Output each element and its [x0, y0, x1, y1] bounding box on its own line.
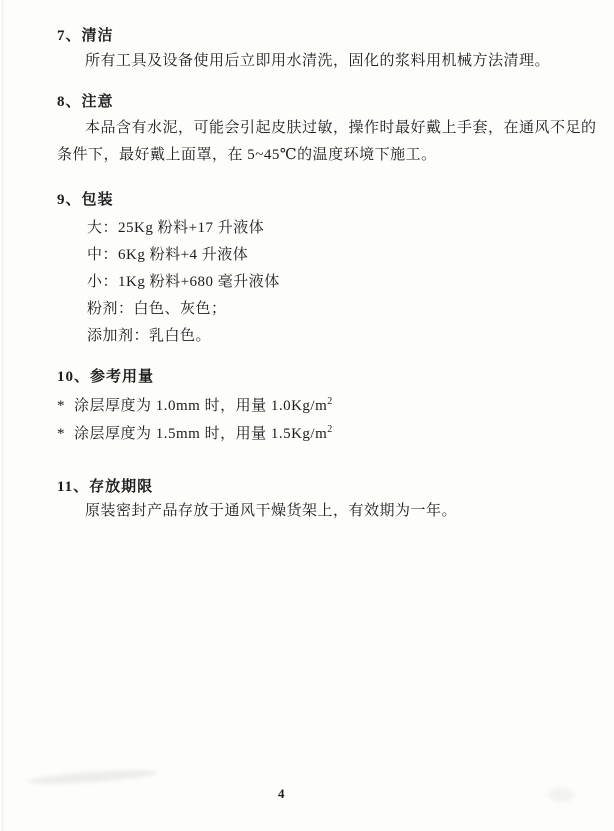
section-caution: 8、注意 本品含有水泥，可能会引起皮肤过敏，操作时最好戴上手套，在通风不足的 条… — [57, 91, 582, 169]
asterisk-marker: * — [57, 392, 74, 420]
dosage-text: 涂层厚度为 1.0mm 时，用量 1.0Kg/m2 — [74, 392, 333, 420]
packaging-list: 大：25Kg 粉料+17 升液体 中：6Kg 粉料+4 升液体 小：1Kg 粉料… — [87, 215, 582, 350]
paragraph-line: 原装密封产品存放于通风干燥货架上，有效期为一年。 — [57, 500, 582, 522]
page-content: 7、清洁 所有工具及设备使用后立即用水清洗，固化的浆料用机械方法清理。 8、注意… — [57, 0, 582, 522]
dosage-bullet: * 涂层厚度为 1.0mm 时，用量 1.0Kg/m2 — [57, 392, 582, 420]
packaging-item-powder-color: 粉剂：白色、灰色； — [87, 296, 582, 323]
section-heading: 10、参考用量 — [57, 366, 582, 388]
dosage-list: * 涂层厚度为 1.0mm 时，用量 1.0Kg/m2 * 涂层厚度为 1.5m… — [57, 392, 582, 448]
dosage-bullet: * 涂层厚度为 1.5mm 时，用量 1.5Kg/m2 — [57, 420, 582, 448]
paragraph-line: 所有工具及设备使用后立即用水清洗，固化的浆料用机械方法清理。 — [57, 50, 582, 72]
packaging-item-large: 大：25Kg 粉料+17 升液体 — [87, 215, 582, 242]
packaging-item-small: 小：1Kg 粉料+680 毫升液体 — [87, 269, 582, 296]
section-storage-period: 11、存放期限 原装密封产品存放于通风干燥货架上，有效期为一年。 — [57, 476, 582, 522]
scan-noise-smudge — [28, 767, 158, 786]
superscript: 2 — [327, 396, 333, 407]
section-heading: 9、包装 — [57, 189, 582, 211]
section-paragraph: 本品含有水泥，可能会引起皮肤过敏，操作时最好戴上手套，在通风不足的 条件下，最好… — [57, 115, 582, 169]
page-number: 4 — [278, 786, 285, 802]
paragraph-line: 条件下，最好戴上面罩，在 5~45℃的温度环境下施工。 — [57, 142, 582, 169]
section-heading: 7、清洁 — [57, 25, 582, 47]
dosage-text: 涂层厚度为 1.5mm 时，用量 1.5Kg/m2 — [74, 420, 333, 448]
section-cleaning: 7、清洁 所有工具及设备使用后立即用水清洗，固化的浆料用机械方法清理。 — [57, 25, 582, 72]
section-heading: 8、注意 — [57, 91, 582, 113]
paragraph-line: 本品含有水泥，可能会引起皮肤过敏，操作时最好戴上手套，在通风不足的 — [57, 115, 582, 142]
superscript: 2 — [327, 424, 333, 435]
scan-edge-shadow — [2, 0, 4, 831]
scan-noise-speck — [548, 788, 574, 802]
packaging-item-additive-color: 添加剂：乳白色。 — [87, 323, 582, 350]
asterisk-marker: * — [57, 420, 74, 448]
packaging-item-medium: 中：6Kg 粉料+4 升液体 — [87, 242, 582, 269]
document-page: 7、清洁 所有工具及设备使用后立即用水清洗，固化的浆料用机械方法清理。 8、注意… — [0, 0, 614, 831]
section-reference-dosage: 10、参考用量 * 涂层厚度为 1.0mm 时，用量 1.0Kg/m2 * 涂层… — [57, 366, 582, 448]
section-packaging: 9、包装 大：25Kg 粉料+17 升液体 中：6Kg 粉料+4 升液体 小：1… — [57, 189, 582, 350]
section-heading: 11、存放期限 — [57, 476, 582, 498]
